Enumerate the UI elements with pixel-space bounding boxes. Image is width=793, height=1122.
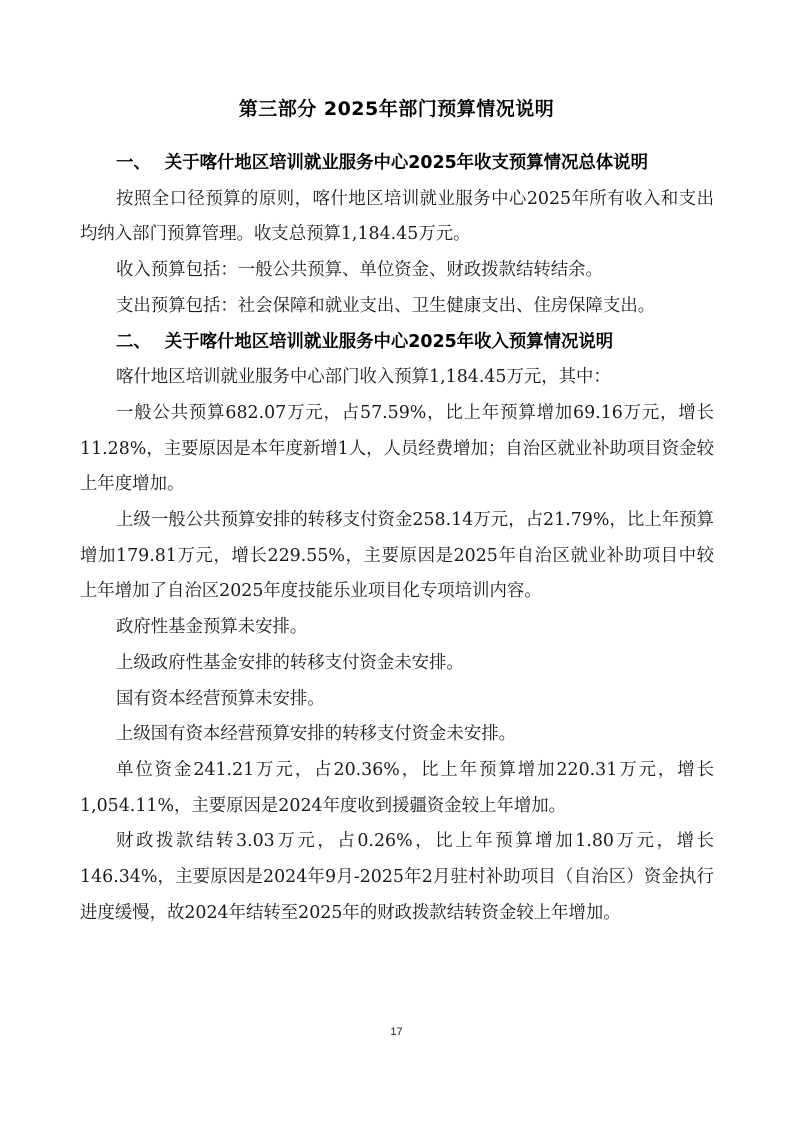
section-heading-text: 关于喀什地区培训就业服务中心2025年收支预算情况总体说明 (165, 153, 648, 173)
paragraph: 收入预算包括：一般公共预算、单位资金、财政拨款结转结余。 (80, 253, 714, 289)
section-number: 二、 (116, 332, 151, 352)
paragraph: 一般公共预算682.07万元，占57.59%，比上年预算增加69.16万元，增长… (80, 396, 714, 503)
section-heading-1: 一、关于喀什地区培训就业服务中心2025年收支预算情况总体说明 (80, 146, 714, 182)
paragraph: 政府性基金预算未安排。 (80, 610, 714, 646)
paragraph: 上级政府性基金安排的转移支付资金未安排。 (80, 646, 714, 682)
section-heading-2: 二、关于喀什地区培训就业服务中心2025年收入预算情况说明 (80, 325, 714, 361)
section-heading-text: 关于喀什地区培训就业服务中心2025年收入预算情况说明 (165, 332, 613, 352)
paragraph: 支出预算包括：社会保障和就业支出、卫生健康支出、住房保障支出。 (80, 289, 714, 325)
paragraph: 财政拨款结转3.03万元，占0.26%，比上年预算增加1.80万元，增长146.… (80, 824, 714, 931)
paragraph: 国有资本经营预算未安排。 (80, 682, 714, 718)
section-number: 一、 (116, 153, 151, 173)
paragraph: 单位资金241.21万元，占20.36%，比上年预算增加220.31万元，增长1… (80, 753, 714, 824)
page-title: 第三部分 2025年部门预算情况说明 (0, 94, 793, 121)
paragraph: 上级国有资本经营预算安排的转移支付资金未安排。 (80, 717, 714, 753)
document-body: 一、关于喀什地区培训就业服务中心2025年收支预算情况总体说明 按照全口径预算的… (80, 146, 714, 931)
paragraph: 按照全口径预算的原则，喀什地区培训就业服务中心2025年所有收入和支出均纳入部门… (80, 182, 714, 253)
page-number: 17 (0, 1026, 793, 1038)
paragraph: 上级一般公共预算安排的转移支付资金258.14万元，占21.79%，比上年预算增… (80, 503, 714, 610)
document-page: 第三部分 2025年部门预算情况说明 一、关于喀什地区培训就业服务中心2025年… (0, 0, 793, 1122)
paragraph: 喀什地区培训就业服务中心部门收入预算1,184.45万元，其中： (80, 360, 714, 396)
